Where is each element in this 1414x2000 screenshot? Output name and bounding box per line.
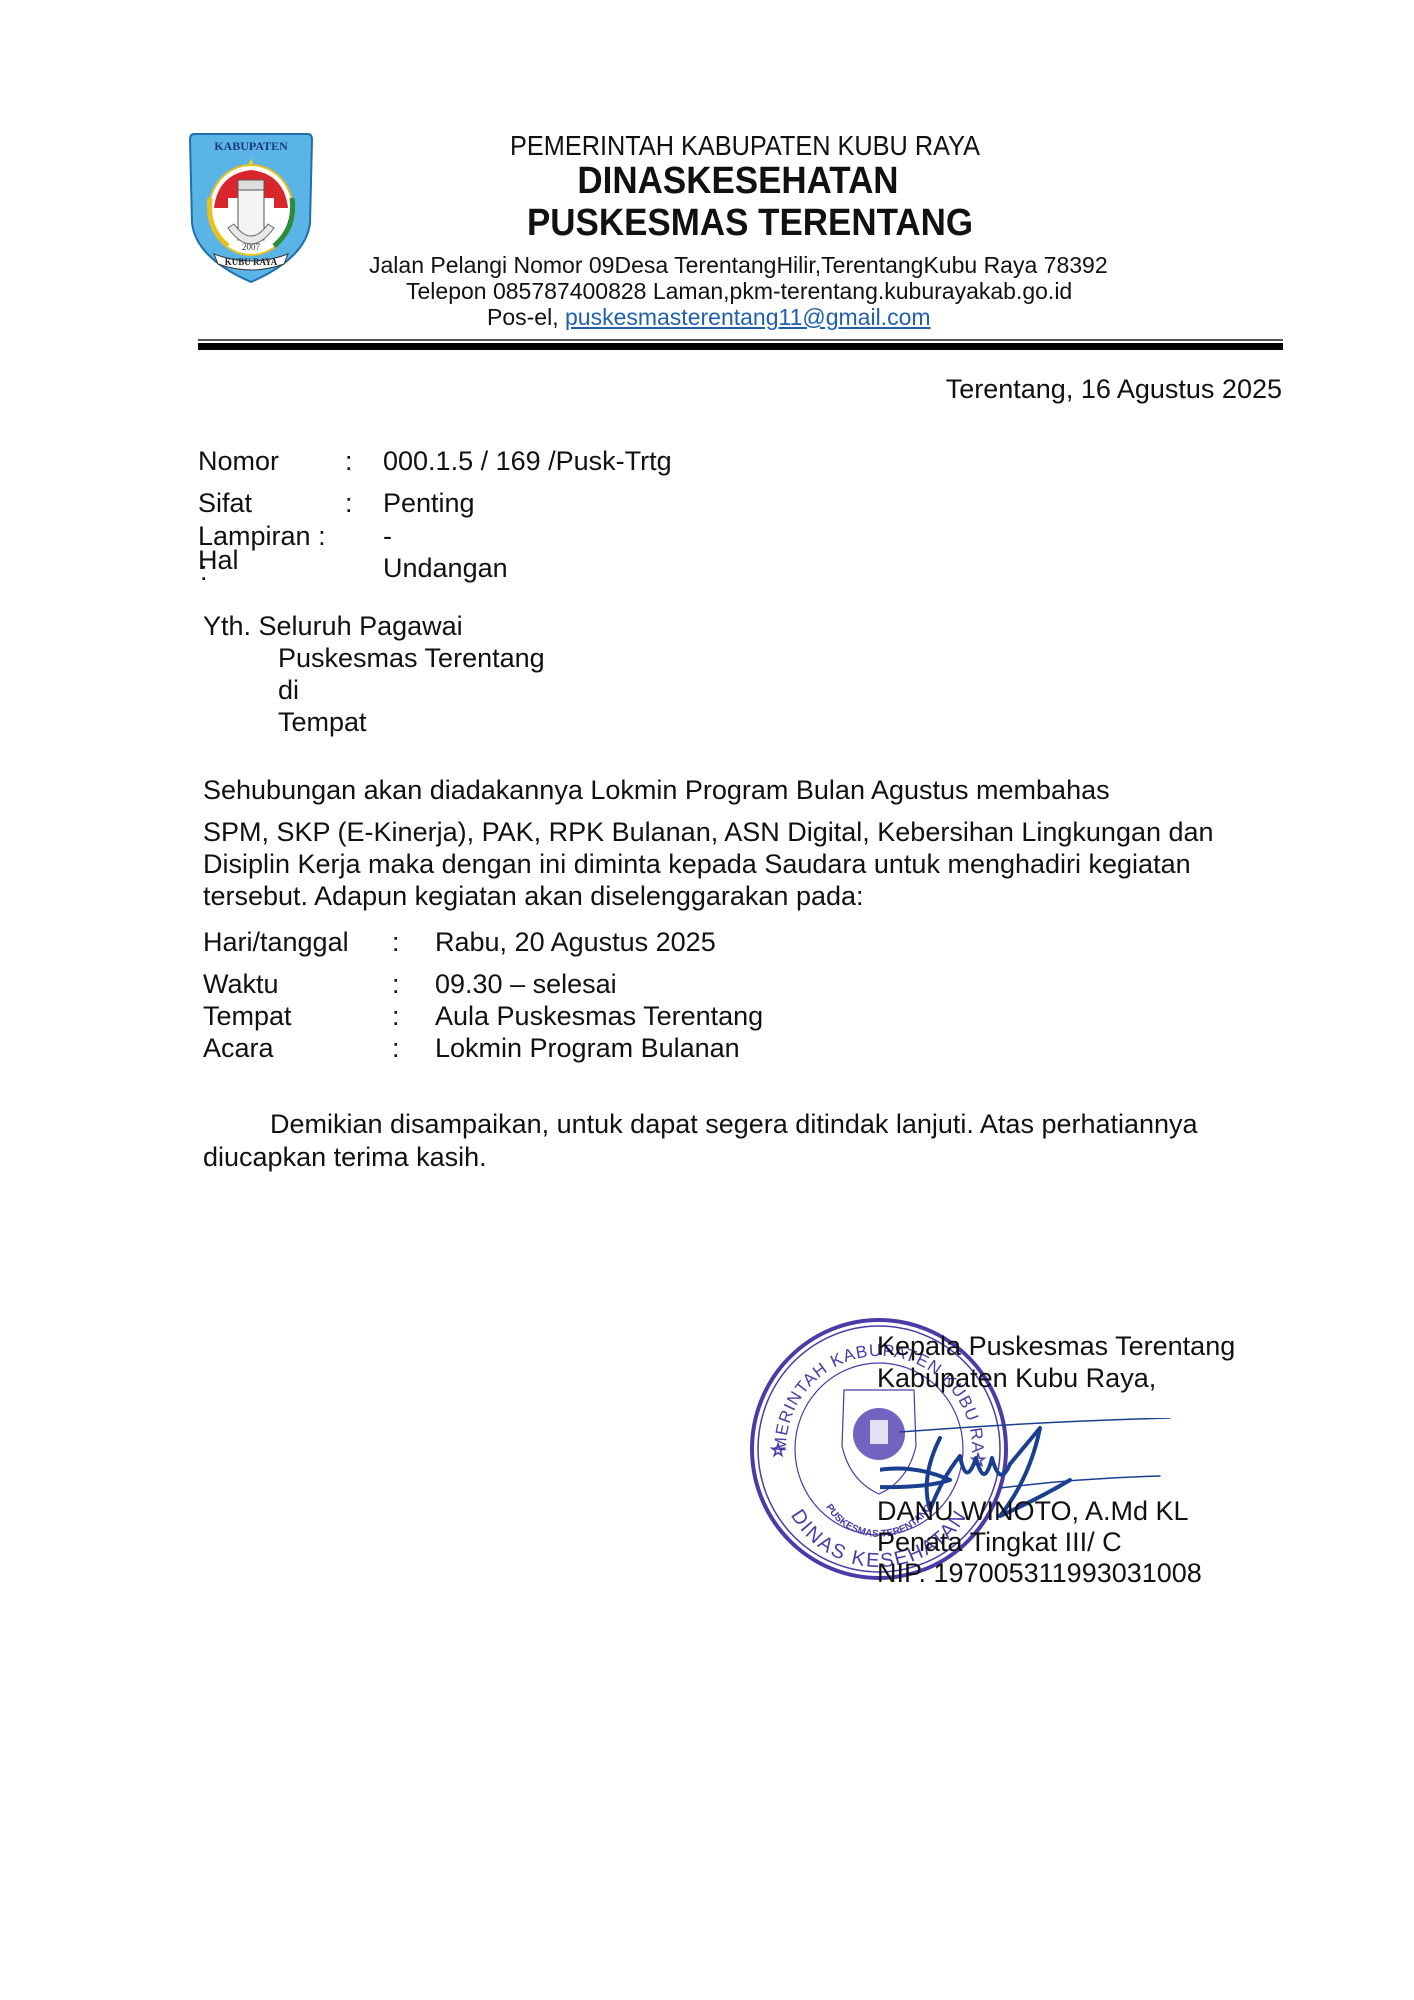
meta-colon: :: [345, 446, 353, 476]
signatory-rank: Penata Tingkat III/ C: [877, 1527, 1122, 1557]
detail-colon: :: [392, 1033, 400, 1063]
body-paragraph-line: Disiplin Kerja maka dengan ini diminta k…: [203, 849, 1191, 879]
svg-text:☆: ☆: [770, 1440, 786, 1461]
detail-label-date: Hari/tanggal: [203, 927, 349, 957]
email-link[interactable]: puskesmasterentang11@gmail.com: [565, 304, 931, 330]
email-line: Pos-el, puskesmasterentang11@gmail.com: [487, 304, 931, 331]
addressee-line: Puskesmas Terentang: [278, 643, 545, 673]
body-paragraph-line: tersebut. Adapun kegiatan akan diselengg…: [203, 881, 864, 911]
email-label: Pos-el,: [487, 304, 565, 330]
detail-value-place: Aula Puskesmas Terentang: [435, 1001, 763, 1031]
closing-line: diucapkan terima kasih.: [203, 1142, 487, 1172]
institution-heading: PUSKESMAS TERENTANG: [60, 202, 1414, 245]
address-line: Jalan Pelangi Nomor 09Desa TerentangHili…: [369, 252, 1108, 279]
detail-colon: :: [392, 1001, 400, 1031]
agency-heading: DINASKESEHATAN: [59, 160, 1414, 203]
detail-label-event: Acara: [203, 1033, 274, 1063]
government-heading: PEMERINTAH KABUPATEN KUBU RAYA: [60, 130, 1414, 162]
meta-label-nomor: Nomor: [198, 446, 279, 476]
body-opening: Sehubungan akan diadakannya Lokmin Progr…: [203, 775, 1110, 805]
detail-value-event: Lokmin Program Bulanan: [435, 1033, 740, 1063]
detail-value-date: Rabu, 20 Agustus 2025: [435, 927, 716, 957]
detail-colon: :: [392, 969, 400, 999]
signatory-nip: NIP. 197005311993031008: [877, 1558, 1202, 1588]
letter-date: Terentang, 16 Agustus 2025: [946, 374, 1282, 405]
addressee-line: di: [278, 675, 299, 705]
meta-value-lampiran: -: [383, 521, 392, 551]
contact-line: Telepon 085787400828 Laman,pkm-terentang…: [406, 278, 1072, 305]
signatory-position: Kepala Puskesmas Terentang: [877, 1331, 1235, 1361]
meta-colon: :: [200, 556, 208, 586]
meta-colon: :: [345, 488, 353, 518]
meta-value-sifat: Penting: [383, 488, 475, 518]
detail-colon: :: [392, 927, 400, 957]
body-paragraph-line: SPM, SKP (E-Kinerja), PAK, RPK Bulanan, …: [203, 817, 1214, 847]
detail-value-time: 09.30 – selesai: [435, 969, 617, 999]
detail-label-place: Tempat: [203, 1001, 292, 1031]
meta-label-sifat: Sifat: [198, 488, 252, 518]
svg-text:KUBU RAYA: KUBU RAYA: [225, 257, 278, 267]
addressee-line: Tempat: [278, 707, 367, 737]
letterhead-divider-thick: [198, 343, 1283, 350]
addressee-line: Yth. Seluruh Pagawai: [203, 611, 463, 641]
closing-line: Demikian disampaikan, untuk dapat segera…: [270, 1109, 1198, 1139]
detail-label-time: Waktu: [203, 969, 279, 999]
signatory-region: Kabupaten Kubu Raya,: [877, 1363, 1156, 1393]
meta-value-nomor: 000.1.5 / 169 /Pusk-Trtg: [383, 446, 672, 476]
signatory-name: DANU WINOTO, A.Md KL: [877, 1496, 1189, 1526]
letterhead-divider-thin: [198, 339, 1283, 341]
meta-value-hal: Undangan: [383, 553, 508, 583]
